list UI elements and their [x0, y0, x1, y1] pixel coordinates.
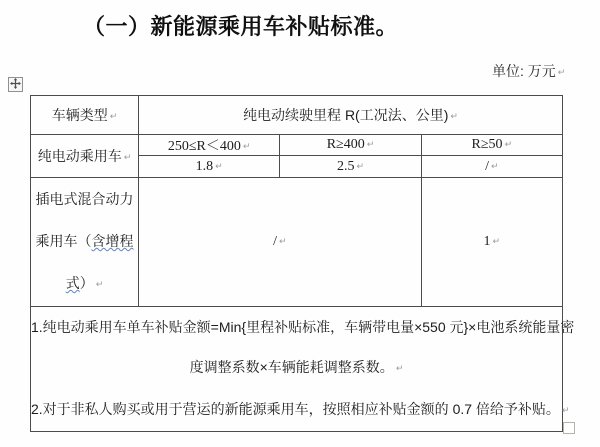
- end-of-cell-mark: ↵: [491, 162, 499, 172]
- bev-subsidy-value-1[interactable]: 1.8↵: [139, 156, 280, 178]
- bev-subsidy-value-3[interactable]: /↵: [421, 156, 562, 178]
- note-line-1-text: 1.纯电动乘用车单车补贴金额=Min{里程补贴标准，车辆带电量×550 元}×电…: [31, 319, 574, 335]
- phev-range-value-text: /: [273, 234, 277, 249]
- end-of-cell-mark: ↵: [493, 237, 501, 247]
- vehicle-type-header-cell[interactable]: 车辆类型↵: [31, 96, 139, 135]
- end-of-cell-mark: ↵: [96, 280, 104, 290]
- table-resize-handle[interactable]: [563, 422, 575, 434]
- phev-label-line-2-pre: 乘用车（: [36, 233, 92, 249]
- bev-label-cell[interactable]: 纯电动乘用车↵: [31, 135, 139, 178]
- note-line-2-text: 度调整系数×车辆能耗调整系数。: [190, 359, 394, 375]
- table-move-handle[interactable]: [8, 77, 23, 92]
- spellcheck-marked-text: 含增程: [92, 233, 134, 249]
- table-row: 插电式混合动力 乘用车（含增程 式）↵ /↵ 1↵: [31, 178, 563, 307]
- bev-label-text: 纯电动乘用车: [38, 148, 122, 164]
- end-of-cell-mark: ↵: [367, 140, 375, 150]
- phev-label-line-3: 式）↵: [31, 262, 138, 306]
- end-of-cell-mark: ↵: [124, 153, 132, 163]
- phev-label-cell[interactable]: 插电式混合动力 乘用车（含增程 式）↵: [31, 178, 139, 307]
- end-of-cell-mark: ↵: [110, 112, 118, 122]
- table-row: 车辆类型↵ 纯电动续驶里程 R(工况法、公里)↵: [31, 96, 563, 135]
- unit-label[interactable]: 单位: 万元↵: [492, 61, 565, 81]
- end-of-cell-mark: ↵: [279, 237, 287, 247]
- end-of-cell-mark: ↵: [450, 112, 458, 122]
- bev-subsidy-value-2-text: 2.5: [337, 159, 355, 174]
- phev-label-line-2: 乘用车（含增程: [31, 220, 138, 262]
- unit-label-text: 单位: 万元: [492, 63, 556, 79]
- subsidy-table: 车辆类型↵ 纯电动续驶里程 R(工况法、公里)↵ 纯电动乘用车↵ 250≤R＜4…: [30, 95, 563, 432]
- range-col-header-2[interactable]: R≥400↵: [280, 135, 421, 156]
- vehicle-type-header-text: 车辆类型: [52, 107, 108, 123]
- note-line-1: 1.纯电动乘用车单车补贴金额=Min{里程补贴标准，车辆带电量×550 元}×电…: [31, 307, 562, 347]
- end-of-cell-mark: ↵: [215, 162, 223, 172]
- phev-label-line-1: 插电式混合动力: [31, 178, 138, 220]
- end-of-cell-mark: ↵: [505, 140, 513, 150]
- range-col-header-1[interactable]: 250≤R＜400↵: [139, 135, 280, 156]
- page-title-text: （一）新能源乘用车补贴标准。: [83, 14, 398, 39]
- phev-range-value-cell[interactable]: /↵: [139, 178, 422, 307]
- range-col-header-3-text: R≥50: [472, 137, 503, 152]
- bev-subsidy-value-3-text: /: [485, 159, 489, 174]
- document-page: （一）新能源乘用车补贴标准。 单位: 万元↵ 车辆类型↵ 纯电动续驶里程 R(工…: [0, 0, 600, 447]
- range-col-header-3[interactable]: R≥50↵: [421, 135, 562, 156]
- phev-r50-value-cell[interactable]: 1↵: [421, 178, 562, 307]
- end-of-line-mark: ↵: [558, 68, 566, 78]
- range-col-header-1-text: 250≤R＜400: [168, 139, 241, 154]
- move-cross-icon: [10, 76, 21, 94]
- note-line-3-text: 2.对于非私人购买或用于营运的新能源乘用车，按照相应补贴金额的 0.7 倍给予补…: [31, 401, 560, 417]
- phev-label-line-1-text: 插电式混合动力: [36, 191, 134, 207]
- note-line-3: 2.对于非私人购买或用于营运的新能源乘用车，按照相应补贴金额的 0.7 倍给予补…: [31, 389, 562, 431]
- bev-subsidy-value-1-text: 1.8: [196, 159, 214, 174]
- end-of-cell-mark: ↵: [243, 142, 251, 152]
- notes-cell[interactable]: 1.纯电动乘用车单车补贴金额=Min{里程补贴标准，车辆带电量×550 元}×电…: [31, 307, 563, 432]
- table-row: 1.纯电动乘用车单车补贴金额=Min{里程补贴标准，车辆带电量×550 元}×电…: [31, 307, 563, 432]
- phev-r50-value-text: 1: [484, 234, 491, 249]
- spellcheck-marked-text: 式: [66, 275, 80, 291]
- end-of-paragraph-mark: ↵: [396, 364, 404, 374]
- range-header-cell[interactable]: 纯电动续驶里程 R(工况法、公里)↵: [139, 96, 563, 135]
- table-row: 纯电动乘用车↵ 250≤R＜400↵ R≥400↵ R≥50↵: [31, 135, 563, 156]
- end-of-paragraph-mark: ↵: [562, 406, 570, 416]
- page-title[interactable]: （一）新能源乘用车补贴标准。: [83, 10, 398, 41]
- bev-subsidy-value-2[interactable]: 2.5↵: [280, 156, 421, 178]
- range-header-text: 纯电动续驶里程 R(工况法、公里): [243, 107, 448, 123]
- note-line-2: 度调整系数×车辆能耗调整系数。↵: [31, 347, 562, 389]
- end-of-cell-mark: ↵: [356, 162, 364, 172]
- phev-label-line-3-post: ）: [80, 275, 94, 291]
- range-col-header-2-text: R≥400: [327, 137, 365, 152]
